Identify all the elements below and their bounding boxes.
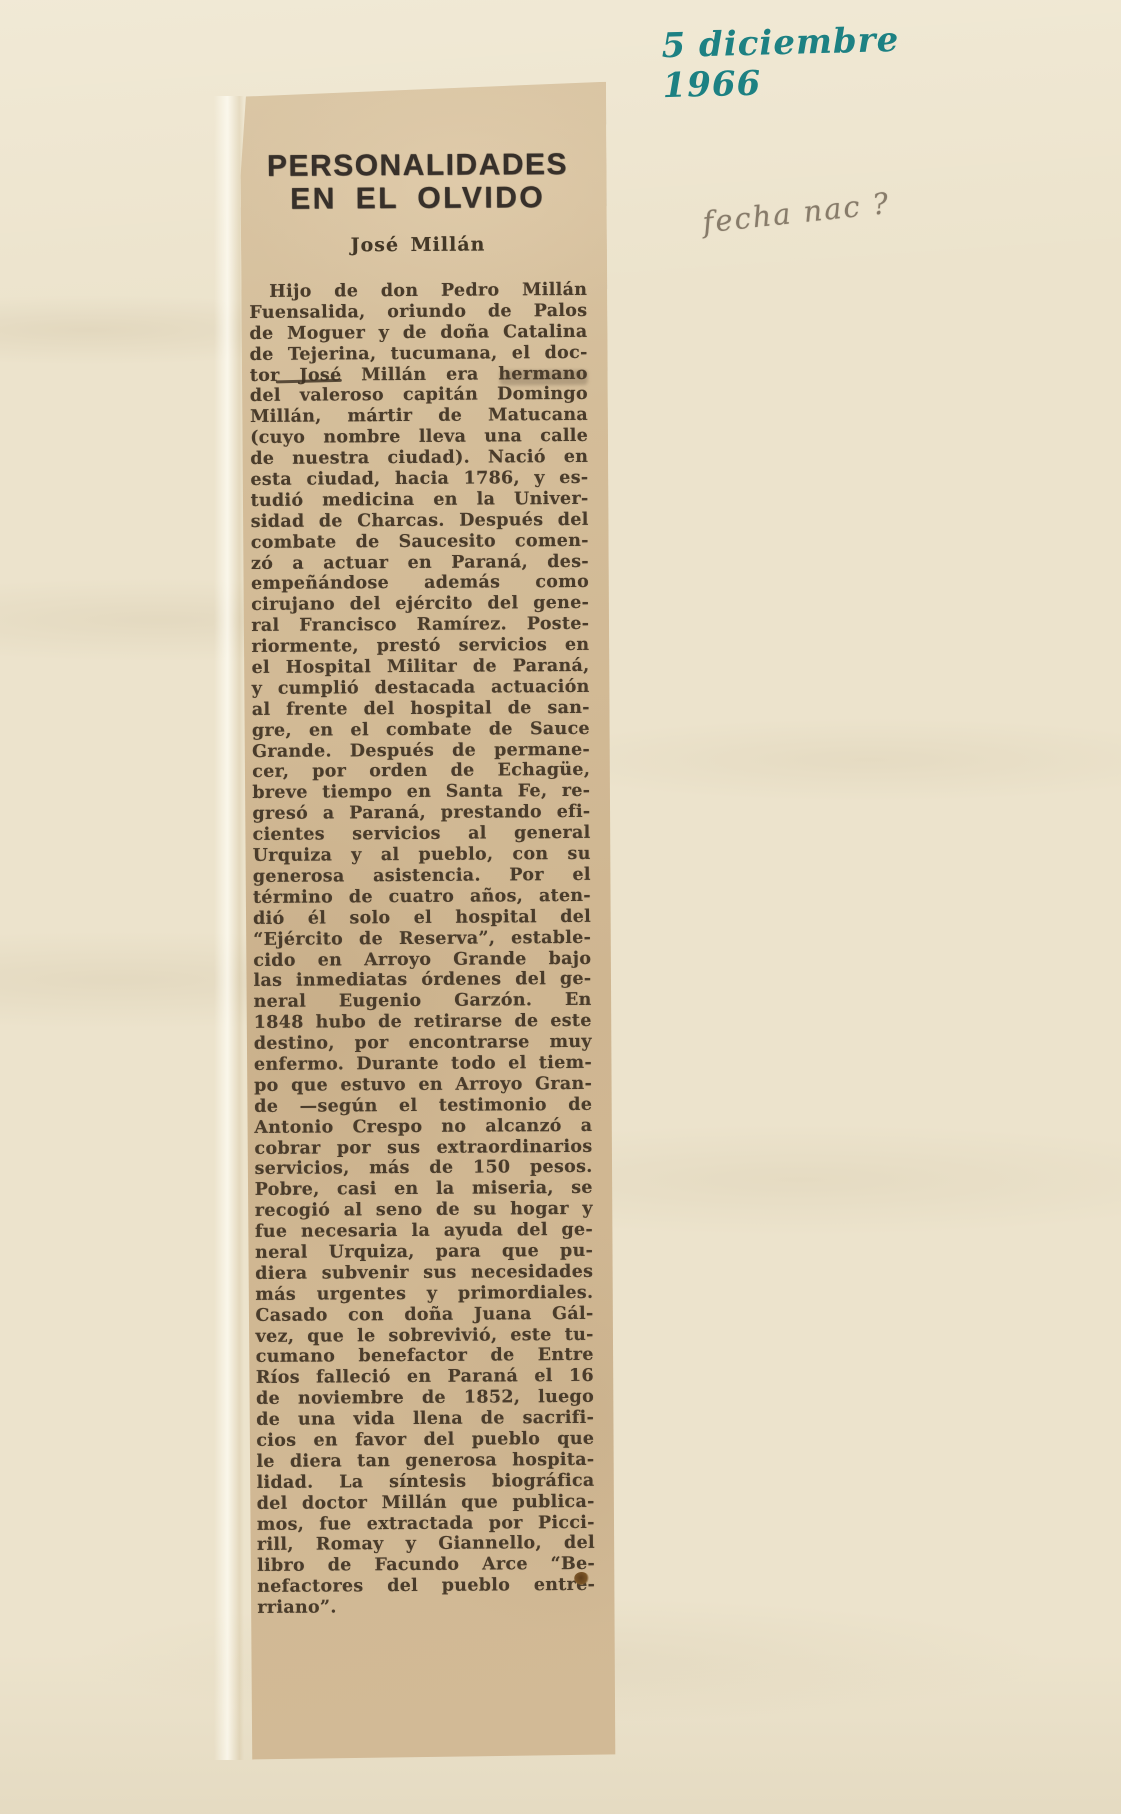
body-line: nefactores del pueblo entre- (257, 1575, 595, 1598)
body-line: las inmediatas órdenes del ge- (253, 969, 591, 992)
body-line: gresó a Paraná, prestando efi- (252, 802, 590, 825)
clipping-content: PERSONALIDADES EN EL OLVIDO José Millán … (248, 82, 596, 1760)
body-line: rriano”. (257, 1596, 595, 1619)
body-line: cios en favor del pueblo que (256, 1429, 594, 1452)
headline-line-2: EN EL OLVIDO (249, 181, 587, 216)
body-line: generosa asistencia. Por el (253, 865, 591, 888)
body-line: servicios, más de 150 pesos. (255, 1157, 593, 1180)
clipping-body-text: Hijo de don Pedro MillánFuensalida, oriu… (249, 280, 595, 1619)
body-line: combate de Saucesito comen- (251, 531, 589, 554)
body-line: cirujano del ejército del gene- (251, 593, 589, 616)
body-line: Millán, mártir de Matucana (250, 405, 588, 428)
body-line: fue necesaria la ayuda del ge- (255, 1220, 593, 1243)
body-line: de Tejerina, tucumana, el doc- (250, 343, 588, 366)
body-line: “Ejército de Reserva”, estable- (253, 927, 591, 950)
body-line: neral Urquiza, para que pu- (255, 1241, 593, 1264)
body-line: po que estuvo en Arroyo Gran- (254, 1074, 592, 1097)
body-line: lidad. La síntesis biográfica (256, 1471, 594, 1494)
body-line: término de cuatro años, aten- (253, 886, 591, 909)
body-line: de una vida llena de sacrifi- (256, 1408, 594, 1431)
headline-line-1: PERSONALIDADES (248, 148, 586, 183)
page-crease-highlight (214, 96, 244, 1760)
body-line: y cumplió destacada actuación (252, 677, 590, 700)
body-line: al frente del hospital de san- (252, 698, 590, 721)
stain-spot (574, 1572, 589, 1585)
body-line: de Moguer y de doña Catalina (249, 322, 587, 345)
body-line: ral Francisco Ramírez. Poste- (251, 614, 589, 637)
body-line: destino, por encontrarse muy (254, 1032, 592, 1055)
body-line: cido en Arroyo Grande bajo (253, 948, 591, 971)
body-line: vez, que le sobrevivió, este tu- (256, 1324, 594, 1347)
body-line: cientes servicios al general (253, 823, 591, 846)
body-line: del valeroso capitán Domingo (250, 384, 588, 407)
body-line: Ríos falleció en Paraná el 16 (256, 1366, 594, 1389)
body-line: del doctor Millán que publica- (257, 1492, 595, 1515)
body-line: cumano benefactor de Entre (256, 1345, 594, 1368)
handwritten-pencil-note: fecha nac ? (701, 179, 963, 240)
body-line: libro de Facundo Arce “Be- (257, 1554, 595, 1577)
body-line: (cuyo nombre lleva una calle (250, 426, 588, 449)
body-line: Fuensalida, oriundo de Palos (249, 301, 587, 324)
body-line: esta ciudad, hacia 1786, y es- (250, 468, 588, 491)
body-line: 1848 hubo de retirarse de este (254, 1011, 592, 1034)
body-line: dió él solo el hospital del (253, 907, 591, 930)
body-line: riormente, prestó servicios en (251, 635, 589, 658)
body-line: gre, en el combate de Sauce (252, 719, 590, 742)
body-line: mos, fue extractada por Picci- (257, 1512, 595, 1535)
body-line: Hijo de don Pedro Millán (249, 280, 587, 303)
body-line: breve tiempo en Santa Fe, re- (252, 781, 590, 804)
clipping-headline: PERSONALIDADES EN EL OLVIDO (248, 148, 586, 216)
body-line: neral Eugenio Garzón. En (254, 990, 592, 1013)
ink-smudge (500, 370, 588, 386)
body-line: Casado con doña Juana Gál- (255, 1304, 593, 1327)
body-line: cer, por orden de Echagüe, (252, 760, 590, 783)
body-line: enfermo. Durante todo el tiem- (254, 1053, 592, 1076)
body-line: más urgentes y primordiales. (255, 1283, 593, 1306)
body-line: zó a actuar en Paraná, des- (251, 551, 589, 574)
clipping-byline: José Millán (249, 233, 587, 257)
body-line: rill, Romay y Giannello, del (257, 1533, 595, 1556)
body-line: de —según el testimonio de (254, 1095, 592, 1118)
body-line: Grande. Después de permane- (252, 739, 590, 762)
body-line: recogió al seno de su hogar y (255, 1199, 593, 1222)
handwritten-date-note: 5 diciembre 1966 (661, 18, 983, 106)
body-line: Urquiza y al pueblo, con su (253, 844, 591, 867)
body-line: tudió medicina en la Univer- (250, 489, 588, 512)
body-line: Antonio Crespo no alcanzó a (254, 1115, 592, 1138)
news-clipping: PERSONALIDADES EN EL OLVIDO José Millán … (240, 82, 616, 1760)
body-line: diera subvenir sus necesidades (255, 1262, 593, 1285)
body-line: cobrar por sus extraordinarios (254, 1136, 592, 1159)
body-line: de nuestra ciudad). Nació en (250, 447, 588, 470)
body-line: le diera tan generosa hospita- (256, 1450, 594, 1473)
body-line: de noviembre de 1852, luego (256, 1387, 594, 1410)
body-line: el Hospital Militar de Paraná, (252, 656, 590, 679)
body-line: sidad de Charcas. Después del (251, 510, 589, 533)
body-line: empeñándose además como (251, 572, 589, 595)
body-line: Pobre, casi en la miseria, se (255, 1178, 593, 1201)
